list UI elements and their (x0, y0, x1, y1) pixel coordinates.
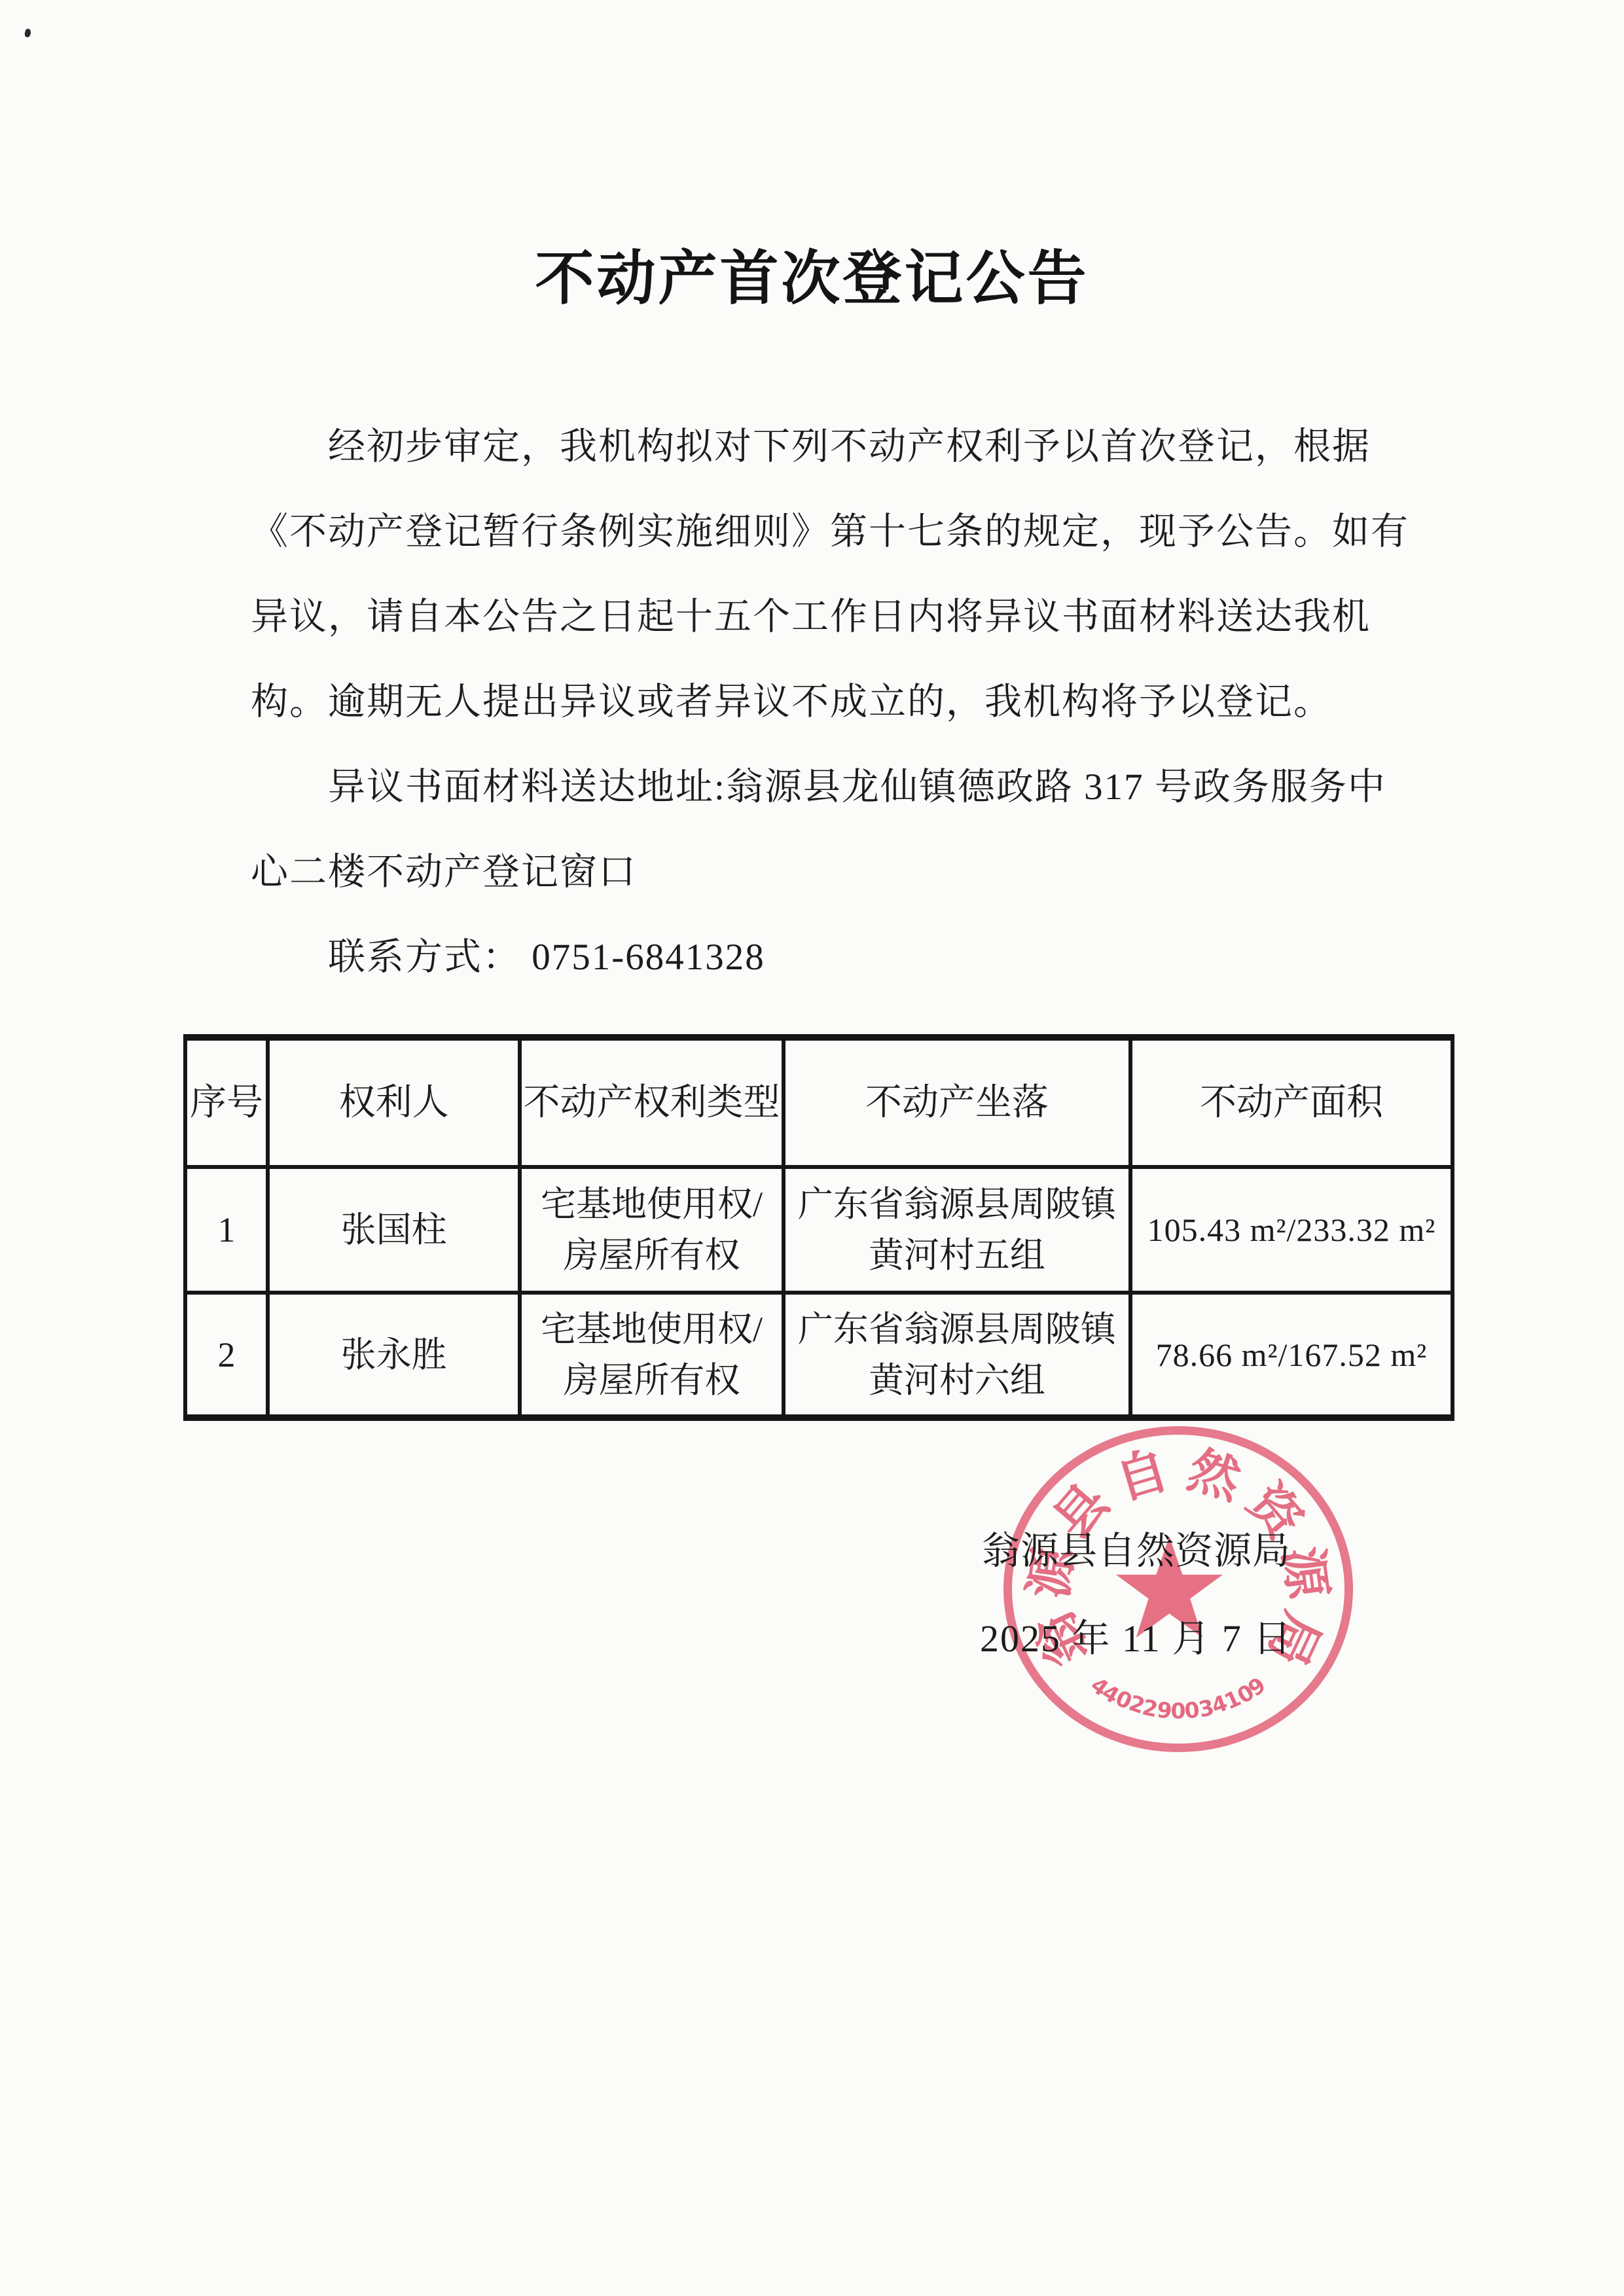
issuing-authority: 翁源县自然资源局 (982, 1520, 1291, 1575)
body-line-contact: 联系方式： 0751-6841328 (251, 915, 1403, 1000)
document-body: 经初步审定，我机构拟对下列不动产权利予以首次登记，根据 《不动产登记暂行条例实施… (251, 404, 1403, 1000)
right-type-line: 宅基地使用权/ (522, 1179, 781, 1230)
table-header-row: 序号 权利人 不动产权利类型 不动产坐落 不动产面积 (185, 1037, 1453, 1167)
right-type-line: 宅基地使用权/ (522, 1304, 781, 1355)
body-line-address: 心二楼不动产登记窗口 (251, 830, 1403, 915)
registration-table: 序号 权利人 不动产权利类型 不动产坐落 不动产面积 1 张国柱 宅基地使用权/… (183, 1034, 1454, 1421)
scan-speck (24, 28, 31, 38)
table-row: 2 张永胜 宅基地使用权/ 房屋所有权 广东省翁源县周陂镇 黄河村六组 78.6… (185, 1293, 1453, 1418)
cell-serial-no: 2 (185, 1293, 268, 1418)
header-right-type: 不动产权利类型 (520, 1037, 783, 1167)
body-line: 构。逾期无人提出异议或者异议不成立的，我机构将予以登记。 (251, 660, 1403, 745)
body-line: 异议，请自本公告之日起十五个工作日内将异议书面材料送达我机 (251, 575, 1403, 660)
cell-right-type: 宅基地使用权/ 房屋所有权 (520, 1293, 783, 1418)
cell-area: 105.43 m²/233.32 m² (1130, 1167, 1453, 1293)
header-location: 不动产坐落 (784, 1037, 1130, 1167)
location-line: 广东省翁源县周陂镇 (785, 1304, 1128, 1355)
location-line: 黄河村五组 (785, 1230, 1128, 1281)
official-seal: 翁源县自然资源局4402290034109 (1003, 1426, 1353, 1752)
cell-serial-no: 1 (185, 1167, 268, 1293)
table-row: 1 张国柱 宅基地使用权/ 房屋所有权 广东省翁源县周陂镇 黄河村五组 105.… (185, 1167, 1453, 1293)
header-right-holder: 权利人 (268, 1037, 520, 1167)
right-type-line: 房屋所有权 (522, 1355, 781, 1406)
document-page: 不动产首次登记公告 经初步审定，我机构拟对下列不动产权利予以首次登记，根据 《不… (0, 0, 1624, 2296)
body-line: 《不动产登记暂行条例实施细则》第十七条的规定，现予公告。如有 (251, 490, 1403, 575)
location-line: 黄河村六组 (785, 1355, 1128, 1406)
document-title: 不动产首次登记公告 (0, 230, 1624, 315)
body-line: 经初步审定，我机构拟对下列不动产权利予以首次登记，根据 (251, 404, 1403, 490)
right-type-line: 房屋所有权 (522, 1230, 781, 1281)
cell-right-holder: 张永胜 (268, 1293, 520, 1418)
issue-date: 2025 年 11 月 7 日 (980, 1607, 1292, 1662)
cell-right-holder: 张国柱 (268, 1167, 520, 1293)
cell-area: 78.66 m²/167.52 m² (1130, 1293, 1453, 1418)
cell-location: 广东省翁源县周陂镇 黄河村五组 (784, 1167, 1130, 1293)
cell-location: 广东省翁源县周陂镇 黄河村六组 (784, 1293, 1130, 1418)
header-area: 不动产面积 (1130, 1037, 1453, 1167)
location-line: 广东省翁源县周陂镇 (785, 1179, 1128, 1230)
header-serial-no: 序号 (185, 1037, 268, 1167)
cell-right-type: 宅基地使用权/ 房屋所有权 (520, 1167, 783, 1293)
body-line-address: 异议书面材料送达地址:翁源县龙仙镇德政路 317 号政务服务中 (251, 745, 1403, 830)
